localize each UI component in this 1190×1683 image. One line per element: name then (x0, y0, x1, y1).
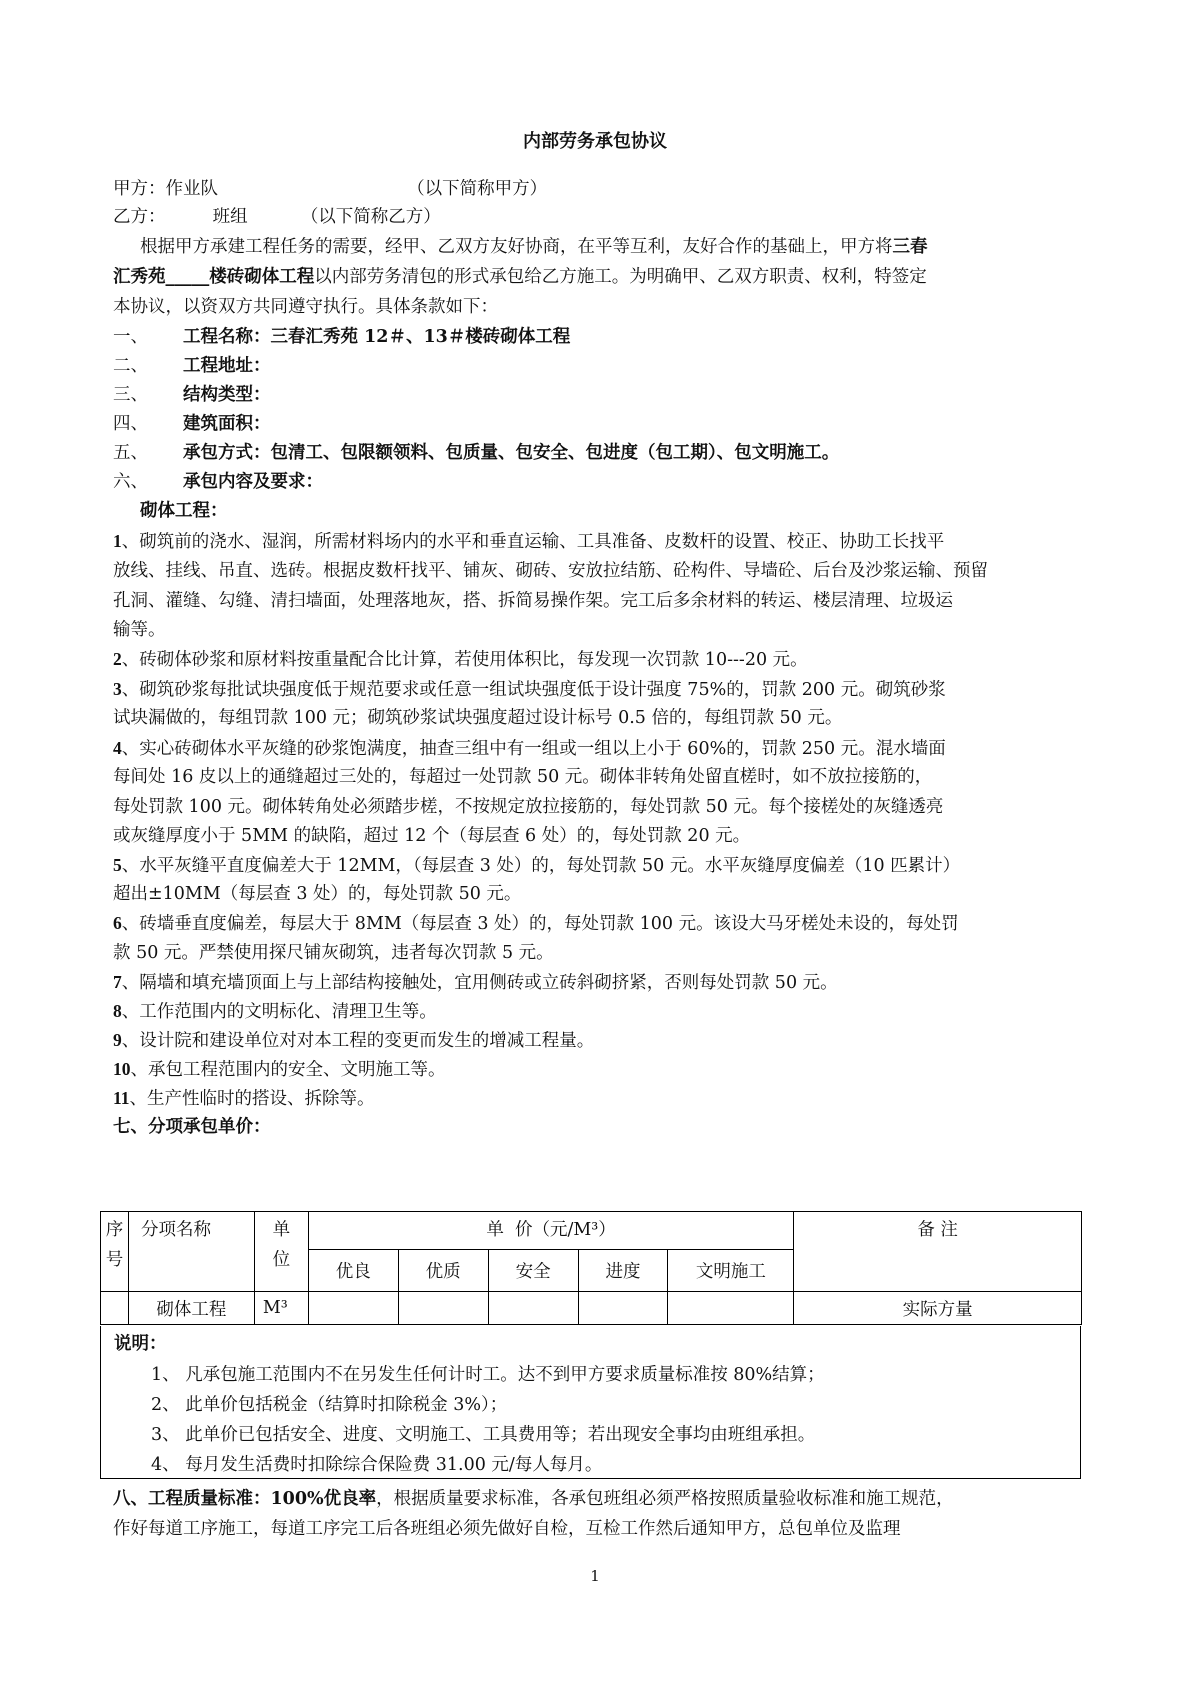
header-unit-price: 单 价（元/M³） (308, 1212, 793, 1250)
section-number: 一、 (113, 326, 183, 348)
item-text: 、砖墙垂直度偏差，每层大于 8MM（每层查 3 处）的，每处罚款 100 元。该… (122, 914, 959, 934)
cell-remark: 实际方量 (794, 1292, 1082, 1325)
party-a-line: 甲方：作业队 （以下简称甲方） (113, 178, 547, 200)
header-item-name: 分项名称 (128, 1212, 254, 1292)
item-number: 5 (113, 855, 122, 875)
item-text: 、砖砌体砂浆和原材料按重量配合比计算，若使用体积比，每发现一次罚款 10---2… (122, 650, 808, 670)
document-page: 内部劳务承包协议 甲方：作业队 （以下简称甲方） 乙方： 班组 （以下简称乙方）… (0, 0, 1190, 1683)
section-4: 四、建筑面积： (113, 413, 271, 435)
header-remark: 备 注 (794, 1212, 1082, 1292)
notes-heading: 说明： (114, 1330, 167, 1355)
table-row: 砌体工程 M³ 实际方量 (101, 1292, 1082, 1325)
item-text: 、设计院和建设单位对对本工程的变更而发生的增减工程量。 (122, 1031, 595, 1051)
note-1: 1、 凡承包施工范围内不在另发生任何计时工。达不到甲方要求质量标准按 80%结算… (151, 1361, 825, 1386)
item-11: 11、生产性临时的搭设、拆除等。 (113, 1087, 375, 1110)
section-number: 四、 (113, 413, 183, 435)
masonry-heading: 砌体工程： (140, 500, 228, 522)
section-text: 结构类型： (183, 385, 271, 405)
item-1-line-3: 孔洞、灌缝、勾缝、清扫墙面，处理落地灰，搭、拆简易操作架。完工后多余材料的转运、… (113, 590, 953, 612)
section-number: 二、 (113, 355, 183, 377)
section-text: 承包方式：包清工、包限额领料、包质量、包安全、包进度（包工期）、包文明施工。 (183, 443, 839, 463)
cell-price-progress (578, 1292, 668, 1325)
notes-box: 说明： 1、 凡承包施工范围内不在另发生任何计时工。达不到甲方要求质量标准按 8… (100, 1326, 1081, 1479)
note-4: 4、 每月发生活费时扣除综合保险费 31.00 元/每人每月。 (151, 1451, 602, 1476)
section-8-heading: 八、工程质量标准：100%优良率 (113, 1489, 376, 1509)
header-seq-line1: 序 (101, 1215, 128, 1245)
header-high-quality: 优质 (398, 1250, 488, 1292)
item-5-line-1: 5、水平灰缝平直度偏差大于 12MM，（每层查 3 处）的，每处罚款 50 元。… (113, 854, 960, 877)
section-8-line-1: 八、工程质量标准：100%优良率，根据质量要求标准，各承包班组必须严格按照质量验… (113, 1488, 954, 1510)
item-1-line-1: 1、砌筑前的浇水、湿润，所需材料场内的水平和垂直运输、工具准备、皮数杆的设置、校… (113, 530, 944, 553)
item-4-line-1: 4、实心砖砌体水平灰缝的砂浆饱满度，抽查三组中有一组或一组以上小于 60%的，罚… (113, 737, 946, 760)
section-number: 五、 (113, 442, 183, 464)
party-b-label: 乙方： (113, 207, 166, 227)
item-5-line-2: 超出±10MM（每层查 3 处）的，每处罚款 50 元。 (113, 883, 521, 905)
item-number: 8 (113, 1001, 122, 1021)
section-text: 承包内容及要求： (183, 472, 323, 492)
cell-price-high-quality (398, 1292, 488, 1325)
party-b-note: （以下简称乙方） (301, 207, 441, 227)
intro-line-1: 根据甲方承建工程任务的需要，经甲、乙双方友好协商，在平等互利，友好合作的基础上，… (140, 236, 928, 258)
item-number: 3 (113, 679, 122, 699)
item-7: 7、隔墙和填充墙顶面上与上部结构接触处，宜用侧砖或立砖斜砌挤紧，否则每处罚款 5… (113, 971, 838, 994)
price-table: 序 号 分项名称 单 位 单 价（元/M³） 备 注 优良 优质 安全 进度 文… (100, 1211, 1082, 1325)
section-8-text: ，根据质量要求标准，各承包班组必须严格按照质量验收标准和施工规范， (376, 1489, 954, 1509)
item-number: 6 (113, 913, 122, 933)
section-6: 六、承包内容及要求： (113, 471, 323, 493)
item-6-line-2: 款 50 元。严禁使用探尺铺灰砌筑，违者每次罚款 5 元。 (113, 942, 554, 964)
section-text: 建筑面积： (183, 414, 271, 434)
cell-price-safety (488, 1292, 578, 1325)
header-seq-line2: 号 (101, 1245, 128, 1275)
intro-line-3: 本协议，以资双方共同遵守执行。具体条款如下： (113, 296, 498, 318)
header-unit: 单 位 (254, 1212, 308, 1292)
item-2: 2、砖砌体砂浆和原材料按重量配合比计算，若使用体积比，每发现一次罚款 10---… (113, 648, 808, 671)
item-text: 、工作范围内的文明标化、清理卫生等。 (122, 1002, 437, 1022)
item-text: 、生产性临时的搭设、拆除等。 (130, 1089, 375, 1109)
item-text: 、砌筑砂浆每批试块强度低于规范要求或任意一组试块强度低于设计强度 75%的，罚款… (122, 680, 946, 700)
note-2: 2、 此单价包括税金（结算时扣除税金 3%）； (151, 1391, 507, 1416)
item-6-line-1: 6、砖墙垂直度偏差，每层大于 8MM（每层查 3 处）的，每处罚款 100 元。… (113, 912, 959, 935)
item-number: 9 (113, 1030, 122, 1050)
item-3-line-2: 试块漏做的，每组罚款 100 元；砌筑砂浆试块强度超过设计标号 0.5 倍的，每… (113, 707, 842, 729)
section-number: 三、 (113, 384, 183, 406)
party-a-label: 甲方：作业队 (113, 179, 218, 199)
item-8: 8、工作范围内的文明标化、清理卫生等。 (113, 1000, 437, 1023)
header-seq: 序 号 (101, 1212, 129, 1292)
cell-item-name: 砌体工程 (128, 1292, 254, 1325)
intro-text: 根据甲方承建工程任务的需要，经甲、乙双方友好协商，在平等互利，友好合作的基础上，… (140, 237, 893, 257)
item-number: 11 (113, 1088, 130, 1108)
item-number: 2 (113, 649, 122, 669)
section-text: 工程地址： (183, 356, 271, 376)
item-text: 、砌筑前的浇水、湿润，所需材料场内的水平和垂直运输、工具准备、皮数杆的设置、校正… (122, 532, 945, 552)
intro-line-2: 汇秀苑_____楼砖砌体工程以内部劳务清包的形式承包给乙方施工。为明确甲、乙双方… (113, 266, 927, 288)
section-8-line-2: 作好每道工序施工，每道工序完工后各班组必须先做好自检，互检工作然后通知甲方，总包… (113, 1518, 901, 1540)
item-1-line-4: 输等。 (113, 619, 166, 641)
header-excellent: 优良 (308, 1250, 398, 1292)
section-3: 三、结构类型： (113, 384, 271, 406)
item-text: 、水平灰缝平直度偏差大于 12MM，（每层查 3 处）的，每处罚款 50 元。水… (122, 856, 960, 876)
item-number: 4 (113, 738, 122, 758)
section-number: 六、 (113, 471, 183, 493)
item-number: 10 (113, 1059, 131, 1079)
item-9: 9、设计院和建设单位对对本工程的变更而发生的增减工程量。 (113, 1029, 594, 1052)
section-5: 五、承包方式：包清工、包限额领料、包质量、包安全、包进度（包工期）、包文明施工。 (113, 442, 839, 464)
cell-unit: M³ (254, 1292, 308, 1325)
item-text: 、隔墙和填充墙顶面上与上部结构接触处，宜用侧砖或立砖斜砌挤紧，否则每处罚款 50… (122, 973, 838, 993)
item-number: 7 (113, 972, 122, 992)
item-text: 、实心砖砌体水平灰缝的砂浆饱满度，抽查三组中有一组或一组以上小于 60%的，罚款… (122, 739, 946, 759)
section-text: 工程名称：三春汇秀苑 12＃、13＃楼砖砌体工程 (183, 327, 570, 347)
section-2: 二、工程地址： (113, 355, 271, 377)
party-a-note: （以下简称甲方） (407, 179, 547, 199)
header-safety: 安全 (488, 1250, 578, 1292)
cell-price-civilized (668, 1292, 794, 1325)
header-unit-line2: 位 (255, 1245, 308, 1275)
section-7-heading: 七、分项承包单价： (113, 1116, 271, 1138)
intro-project-bold: 汇秀苑_____楼砖砌体工程 (113, 267, 314, 287)
header-civilized: 文明施工 (668, 1250, 794, 1292)
intro-text: 以内部劳务清包的形式承包给乙方施工。为明确甲、乙双方职责、权利，特签定 (314, 267, 927, 287)
item-1-line-2: 放线、挂线、吊直、选砖。根据皮数杆找平、铺灰、砌砖、安放拉结筋、砼构件、导墙砼、… (113, 560, 988, 582)
party-b-name: 班组 (213, 207, 248, 227)
item-4-line-3: 每处罚款 100 元。砌体转角处必须踏步槎，不按规定放拉接筋的，每处罚款 50 … (113, 796, 943, 818)
header-progress: 进度 (578, 1250, 668, 1292)
item-number: 1 (113, 531, 122, 551)
item-text: 、承包工程范围内的安全、文明施工等。 (131, 1060, 446, 1080)
page-number: 1 (0, 1567, 1190, 1585)
note-3: 3、 此单价已包括安全、进度、文明施工、工具费用等；若出现安全事均由班组承担。 (151, 1421, 815, 1446)
item-4-line-2: 每间处 16 皮以上的通缝超过三处的，每超过一处罚款 50 元。砌体非转角处留直… (113, 766, 932, 788)
item-4-line-4: 或灰缝厚度小于 5MM 的缺陷，超过 12 个（每层查 6 处）的，每处罚款 2… (113, 825, 750, 847)
section-1: 一、工程名称：三春汇秀苑 12＃、13＃楼砖砌体工程 (113, 326, 570, 348)
cell-price-excellent (308, 1292, 398, 1325)
header-unit-line1: 单 (255, 1215, 308, 1245)
item-10: 10、承包工程范围内的安全、文明施工等。 (113, 1058, 446, 1081)
document-title: 内部劳务承包协议 (0, 127, 1190, 153)
intro-project-bold: 三春 (893, 237, 928, 257)
party-b-line: 乙方： 班组 （以下简称乙方） (113, 206, 441, 228)
item-3-line-1: 3、砌筑砂浆每批试块强度低于规范要求或任意一组试块强度低于设计强度 75%的，罚… (113, 678, 946, 701)
cell-seq (101, 1292, 129, 1325)
